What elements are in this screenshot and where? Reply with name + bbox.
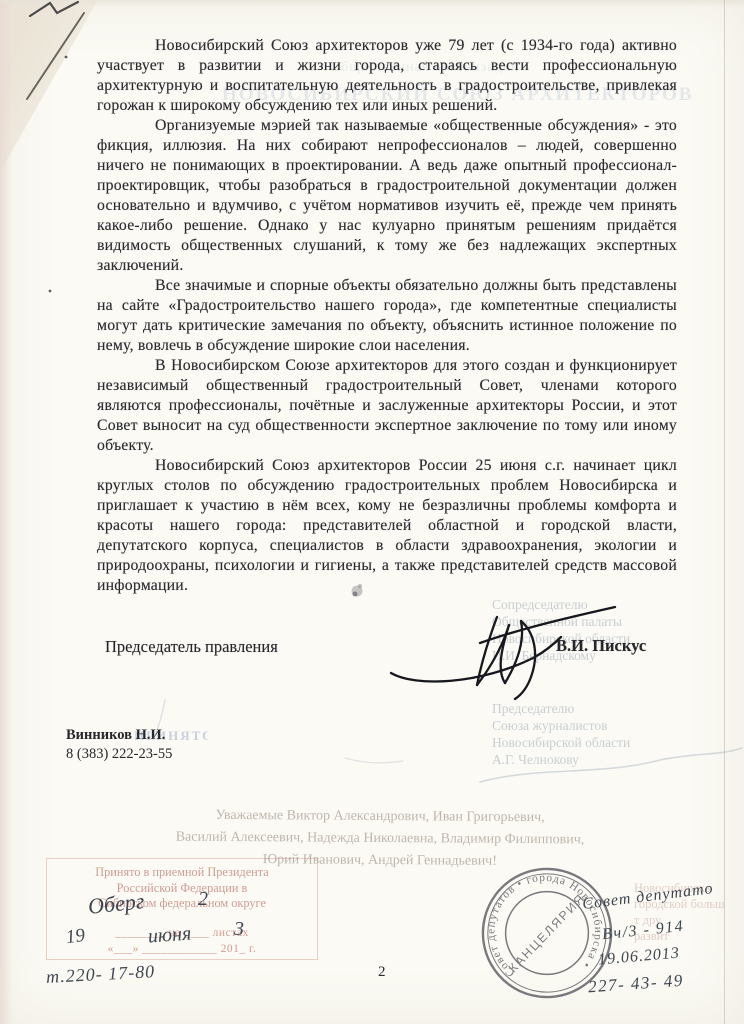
- ghost-addressee-2: Председателю Союза журналистов Новосибир…: [492, 700, 682, 768]
- contact-block: Винников Н.И. 8 (383) 222-23-55: [66, 726, 172, 764]
- reception-stamp-line: Принято в приемной Президента: [47, 865, 317, 881]
- svg-text:Совет депутатов • города Нов: Совет депутатов • города Новосибирска •: [478, 864, 610, 984]
- signatory-role: Председатель правления: [105, 637, 278, 657]
- page-number: 2: [378, 964, 386, 981]
- page-corner-fold: [0, 0, 98, 172]
- scan-edge-left: [0, 0, 12, 1024]
- stray-period-mark: [49, 290, 52, 293]
- paragraph-5: Новосибирский Союз архитекторов России 2…: [97, 456, 677, 596]
- paragraph-2: Организуемые мэрией так называемые «обще…: [97, 116, 677, 276]
- handwritten-year-digit: 3: [234, 918, 244, 941]
- paragraph-3: Все значимые и спорные объекты обязатель…: [97, 276, 677, 356]
- scan-edge-top: [0, 0, 744, 7]
- signature-mark: [385, 595, 620, 710]
- ghost-mark: [345, 758, 403, 763]
- document-body: Новосибирский Союз архитекторов уже 79 л…: [97, 36, 677, 596]
- handwritten-day: 19: [65, 925, 87, 949]
- seal-ring-text: Совет депутатов • города Новосибирска •: [478, 864, 610, 984]
- ghost-signature-squiggle: [480, 748, 742, 782]
- handwritten-sheet-count: 2: [198, 888, 208, 911]
- contact-name: Винников Н.И.: [66, 726, 172, 745]
- handwritten-phone-note: т.220- 17-80: [46, 961, 156, 988]
- scanned-letter-page: Общественная организация НОВОСИБИРСКИЙ С…: [0, 0, 744, 1024]
- contact-phone: 8 (383) 222-23-55: [66, 745, 172, 764]
- paragraph-1: Новосибирский Союз архитекторов уже 79 л…: [97, 36, 677, 116]
- paragraph-4: В Новосибирском Союзе архитекторов для э…: [97, 356, 677, 456]
- handwritten-month: июня: [147, 923, 192, 949]
